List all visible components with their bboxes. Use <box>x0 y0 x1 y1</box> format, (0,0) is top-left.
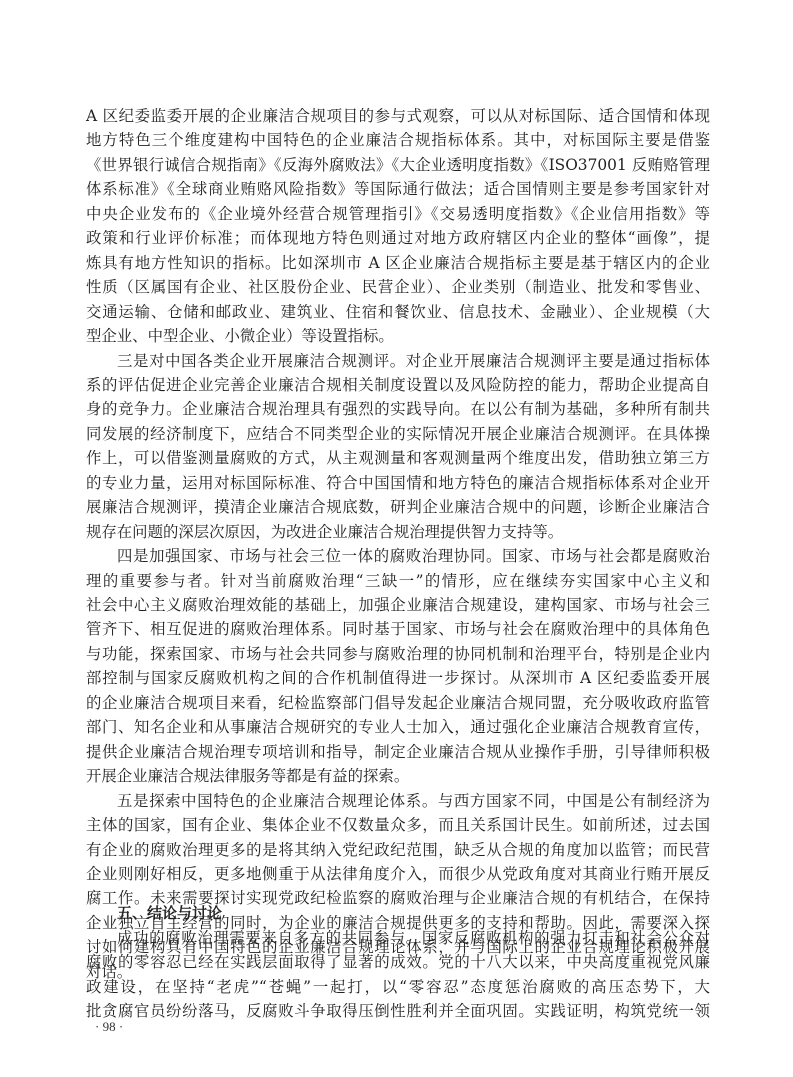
text-line: 炼具有地方性知识的指标。比如深圳市 A 区企业廉洁合规指标主要是基于辖区内的企业 <box>86 253 710 273</box>
text-line: 管齐下、相互促进的腐败治理体系。同时基于国家、市场与社会在腐败治理中的具体角色 <box>86 619 710 639</box>
text-line: 型企业、中型企业、小微企业）等设置指标。 <box>86 326 710 346</box>
page-number: · 98 · <box>95 1019 123 1035</box>
text-line: 开展企业廉洁合规法律服务等都是有益的探索。 <box>86 766 710 786</box>
text-line: 系的评估促进企业完善企业廉洁合规相关制度设置以及风险防控的能力，帮助企业提高自 <box>86 375 710 395</box>
text-line: A 区纪委监委开展的企业廉洁合规项目的参与式观察，可以从对标国际、适合国情和体现 <box>86 106 710 126</box>
text-line: 主体的国家，国有企业、集体企业不仅数量众多，而且关系国计民生。如前所述，过去国 <box>86 815 710 835</box>
text-line: 与功能，探索国家、市场与社会共同参与腐败治理的协同机制和治理平台，特别是企业内 <box>86 644 710 664</box>
text-line: 体系标准》《全球商业贿赂风险指数》等国际通行做法；适合国情则主要是参考国家针对 <box>86 179 710 199</box>
text-line: 身的竞争力。企业廉洁合规治理具有强烈的实践导向。在以公有制为基础，多种所有制共 <box>86 399 710 419</box>
text-line: 的专业力量，运用对标国际标准、符合中国国情和地方特色的廉洁合规指标体系对企业开 <box>86 473 710 493</box>
text-line: 政建设，在坚持“老虎”“苍蝇”一起打，以“零容忍”态度惩治腐败的高压态势下，大 <box>86 977 710 997</box>
text-line: 的企业廉洁合规项目来看，纪检监察部门倡导发起企业廉洁合规同盟，充分吸收政府监管 <box>86 693 710 713</box>
document-page: A 区纪委监委开展的企业廉洁合规项目的参与式观察，可以从对标国际、适合国情和体现… <box>0 0 793 1077</box>
text-line: 批贪腐官员纷纷落马，反腐败斗争取得压倒性胜利并全面巩固。实践证明，构筑党统一领 <box>86 1001 710 1021</box>
text-line: 理的重要参与者。针对当前腐败治理“三缺一”的情形，应在继续夯实国家中心主义和 <box>86 571 710 591</box>
text-line: 三是对中国各类企业开展廉洁合规测评。对企业开展廉洁合规测评主要是通过指标体 <box>117 351 710 371</box>
text-line: 作上，可以借鉴测量腐败的方式，从主观测量和客观测量两个维度出发，借助独立第三方 <box>86 448 710 468</box>
text-line: 部控制与国家反腐败机构之间的合作机制值得进一步探讨。从深圳市 A 区纪委监委开展 <box>86 668 710 688</box>
text-line: 《世界银行诚信合规指南》《反海外腐败法》《大企业透明度指数》《ISO37001 … <box>86 155 710 175</box>
text-line: 有企业的腐败治理更多的是将其纳入党纪政纪范围，缺乏从合规的角度加以监管；而民营 <box>86 840 710 860</box>
text-line: 性质（区属国有企业、社区股份企业、民营企业）、企业类别（制造业、批发和零售业、 <box>86 277 710 297</box>
section-heading: 五、结论与讨论 <box>117 903 222 923</box>
text-line: 五是探索中国特色的企业廉洁合规理论体系。与西方国家不同，中国是公有制经济为 <box>117 791 710 811</box>
text-line: 同发展的经济制度下，应结合不同类型企业的实际情况开展企业廉洁合规测评。在具体操 <box>86 424 710 444</box>
text-line: 规存在问题的深层次原因，为改进企业廉洁合规治理提供智力支持等。 <box>86 522 710 542</box>
text-line: 地方特色三个维度建构中国特色的企业廉洁合规指标体系。其中，对标国际主要是借鉴 <box>86 130 710 150</box>
text-line: 部门、知名企业和从事廉洁合规研究的专业人士加入，通过强化企业廉洁合规教育宣传， <box>86 717 710 737</box>
text-line: 交通运输、仓储和邮政业、建筑业、住宿和餐饮业、信息技术、金融业）、企业规模（大 <box>86 302 710 322</box>
text-line: 展廉洁合规测评，摸清企业廉洁合规底数，研判企业廉洁合规中的问题，诊断企业廉洁合 <box>86 497 710 517</box>
text-line: 四是加强国家、市场与社会三位一体的腐败治理协同。国家、市场与社会都是腐败治 <box>117 546 710 566</box>
text-line: 政策和行业评价标准；而体现地方特色则通过对地方政府辖区内企业的整体“画像”，提 <box>86 228 710 248</box>
text-line: 提供企业廉洁合规治理专项培训和指导，制定企业廉洁合规从业操作手册，引导律师积极 <box>86 742 710 762</box>
text-line: 企业则刚好相反，更多地侧重于从法律角度介入，而很少从党政角度对其商业行贿开展反 <box>86 864 710 884</box>
text-line: 腐败的零容忍已经在实践层面取得了显著的成效。党的十八大以来，中央高度重视党风廉 <box>86 952 710 972</box>
text-line: 成功的腐败治理需要来自多方的共同参与。国家反腐败机构的强力打击和社会公众对 <box>117 928 710 948</box>
text-line: 社会中心主义腐败治理效能的基础上，加强企业廉洁合规建设，建构国家、市场与社会三 <box>86 595 710 615</box>
text-line: 中央企业发布的《企业境外经营合规管理指引》《交易透明度指数》《企业信用指数》等 <box>86 204 710 224</box>
